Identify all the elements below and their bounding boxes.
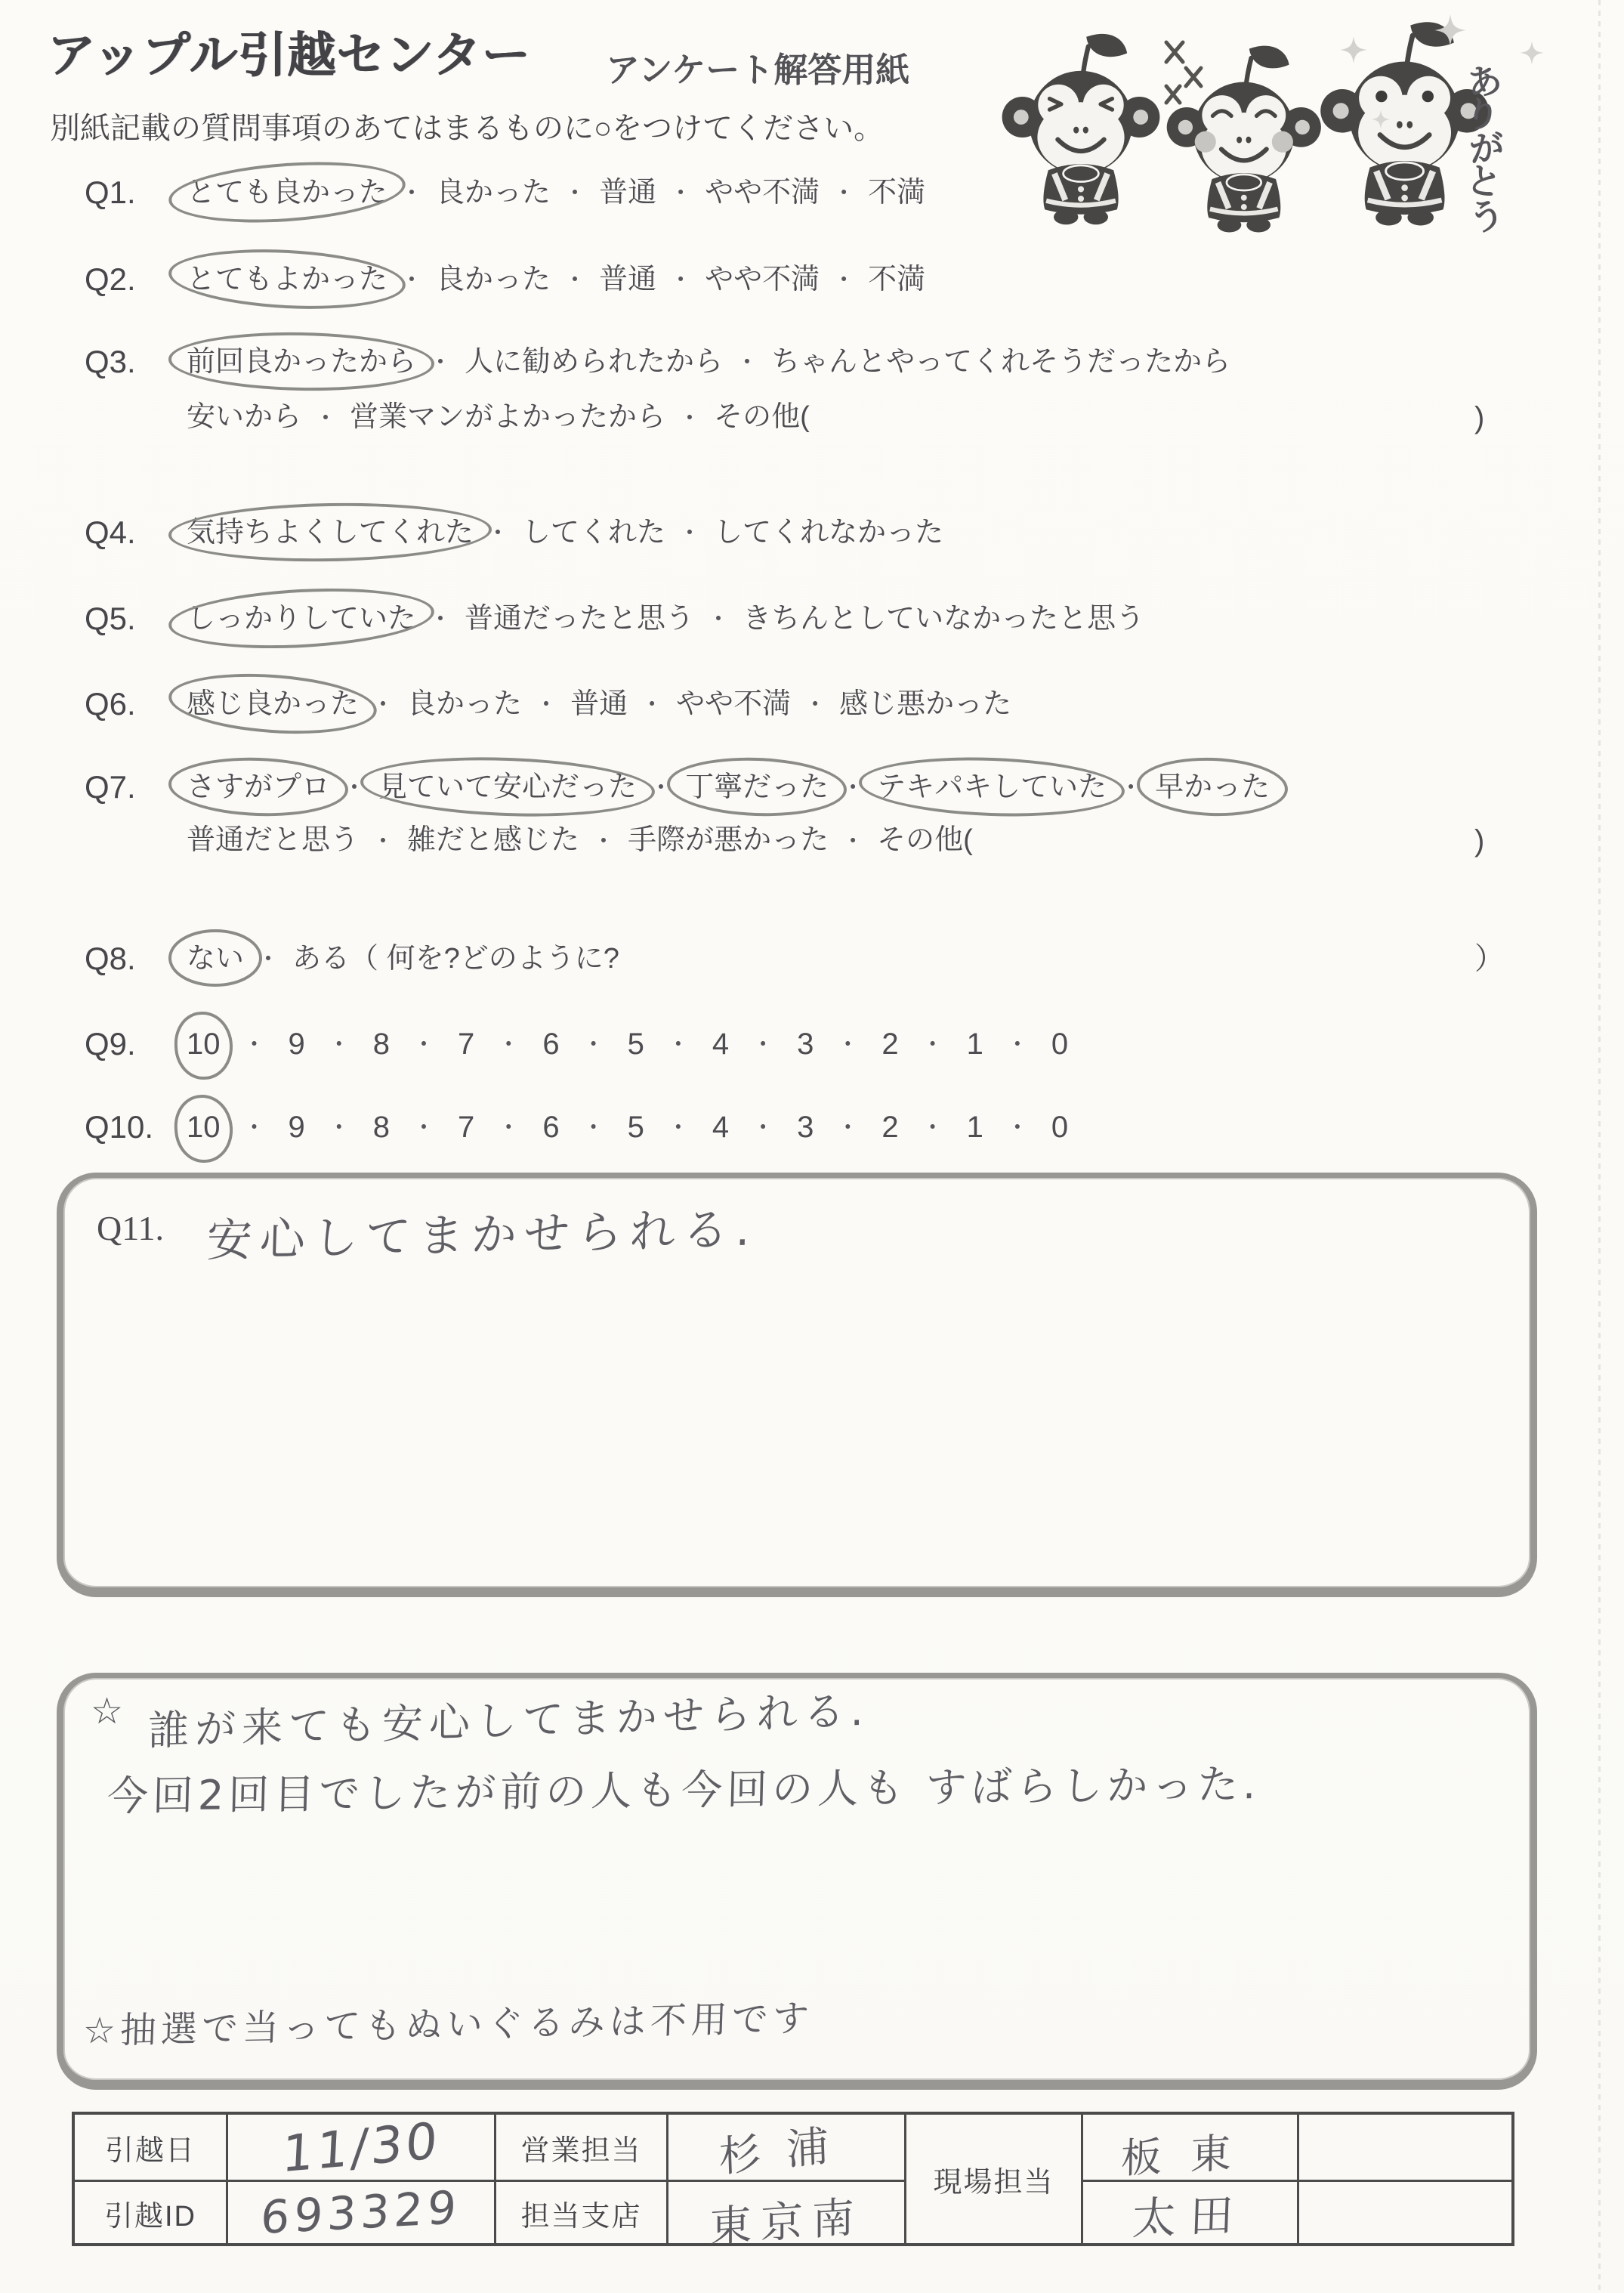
answer-option: 手際が悪かった	[626, 823, 830, 859]
sheet-title: アンケート解答用紙	[606, 42, 909, 91]
handwritten-value: 杉浦	[668, 2115, 906, 2182]
option-separator: ・	[1005, 1112, 1030, 1142]
handwritten-answer: 安心してまかせられる.	[206, 1193, 759, 1269]
answer-option: 前回良かったから	[185, 345, 418, 381]
answer-option: 7	[456, 1025, 476, 1063]
question-row: 安いから・営業マンがよかったから・その他()	[85, 400, 1520, 436]
answer-option: 8	[372, 1025, 391, 1063]
option-separator: ・	[668, 264, 693, 295]
option-separator: ・	[242, 1112, 267, 1142]
table-label: 現場担当	[906, 2115, 1083, 2244]
handwritten-circle-annotation	[167, 667, 379, 740]
question-row: Q3.前回良かったから・人に勧められたから・ちゃんとやってくれそうだったから	[85, 342, 1520, 382]
answer-option: とても良かった	[185, 175, 389, 212]
footer-table: 引越日 11/30 営業担当 杉浦 現場担当 板東 引越ID 693329 担当…	[72, 2112, 1514, 2246]
answer-option: 7	[456, 1108, 476, 1146]
question-label: Q4.	[85, 513, 185, 553]
option-separator: ・	[428, 347, 452, 377]
answer-option: 早かった	[1153, 770, 1271, 806]
handwritten-value: 東京南	[668, 2182, 906, 2244]
option-separator: ・	[591, 826, 616, 856]
answer-option: 8	[372, 1108, 391, 1146]
survey-sheet-scan: アップル引越センター アンケート解答用紙 別紙記載の質問事項のあてはまるものに○…	[0, 0, 1624, 2293]
option-separator: ・	[832, 264, 856, 295]
option-separator: ・	[371, 826, 395, 856]
question-row: Q4.気持ちよくしてくれた・してくれた・してくれなかった	[85, 513, 1520, 553]
comment-box-free: ☆ 誰が来ても安心してまかせられる. 今回2回目でしたが前の人も今回の人も すば…	[57, 1673, 1537, 2090]
handwritten-circle-annotation	[167, 243, 407, 314]
handwritten-circle-annotation	[666, 754, 848, 818]
table-label: 引越日	[75, 2115, 228, 2182]
answer-option: 5	[626, 1108, 646, 1146]
option-separator: ・	[832, 178, 856, 208]
answer-option: 普通	[597, 262, 658, 298]
answer-option: さすがプロ	[185, 770, 332, 806]
answer-option: ない	[185, 941, 245, 978]
question-label: Q5.	[85, 599, 185, 639]
question-row: Q9.10・9・8・7・6・5・4・3・2・1・0	[85, 1024, 1520, 1065]
option-separator: ・	[563, 264, 587, 295]
answer-option: 9	[287, 1108, 307, 1146]
answer-option: その他(	[712, 400, 811, 436]
option-separator: ・	[428, 604, 452, 634]
handwritten-value: 11/30	[228, 2115, 496, 2182]
close-paren: )	[1474, 822, 1484, 860]
question-row: Q10.10・9・8・7・6・5・4・3・2・1・0	[85, 1108, 1520, 1148]
table-empty-cell	[1299, 2182, 1514, 2244]
option-separator: ・	[640, 689, 664, 719]
answer-option: 普通	[597, 175, 658, 212]
star-icon: ☆	[91, 1690, 123, 1732]
answer-option: 0	[1050, 1025, 1070, 1063]
question-row: Q5.しっかりしていた・普通だったと思う・きちんとしていなかったと思う	[85, 599, 1520, 639]
answer-option: きちんとしていなかったと思う	[741, 601, 1146, 638]
handwritten-comment-line: 誰が来ても安心してまかせられる.	[148, 1679, 869, 1757]
handwritten-circle-annotation	[167, 582, 436, 654]
handwritten-circle-annotation	[360, 752, 656, 820]
table-label: 営業担当	[496, 2115, 668, 2182]
option-separator: ・	[666, 1112, 690, 1142]
instruction-text: 別紙記載の質問事項のあてはまるものに○をつけてください。	[50, 104, 884, 147]
question-label: Q10.	[85, 1108, 185, 1148]
option-separator: ・	[412, 1029, 436, 1059]
answer-option: 丁寧だった	[684, 770, 830, 806]
option-separator: ・	[327, 1029, 351, 1059]
option-separator: ・	[835, 1029, 860, 1059]
option-separator: ・	[706, 604, 730, 634]
option-separator: ・	[242, 1029, 267, 1059]
option-separator: ・	[666, 1029, 690, 1059]
option-separator: ・	[256, 944, 280, 974]
answer-option: 10	[185, 1108, 222, 1146]
answer-option: 良かった	[434, 262, 552, 298]
option-separator: ・	[803, 689, 827, 719]
answer-option: 1	[965, 1108, 985, 1146]
answer-option: 普通だったと思う	[463, 601, 696, 638]
handwritten-circle-annotation	[1136, 755, 1289, 817]
answer-option: しっかりしていた	[185, 601, 418, 638]
option-separator: ・	[496, 1112, 520, 1142]
answer-option: 0	[1050, 1108, 1070, 1146]
handwritten-circle-annotation	[168, 754, 350, 818]
handwritten-circle-annotation	[167, 155, 408, 229]
answer-option: してくれなかった	[712, 515, 945, 552]
question-label: Q9.	[85, 1024, 185, 1065]
answer-option: 不満	[866, 175, 927, 212]
question-row: Q6.感じ良かった・良かった・普通・やや不満・感じ悪かった	[85, 685, 1520, 725]
option-separator: ・	[486, 518, 510, 548]
option-separator: ・	[649, 772, 673, 802]
answer-option: 営業マンがよかったから	[348, 400, 667, 436]
answer-option: 良かった	[434, 175, 552, 212]
answer-option: 3	[795, 1025, 815, 1063]
option-separator: ・	[342, 772, 366, 802]
handwritten-value: 板東	[1083, 2115, 1299, 2182]
answer-option: 見ていて安心だった	[377, 770, 638, 806]
option-separator: ・	[400, 264, 424, 295]
option-separator: ・	[1119, 772, 1143, 802]
table-label: 担当支店	[496, 2182, 668, 2244]
handwritten-comment-line: 今回2回目でしたが前の人も今回の人も すばらしかった.	[107, 1752, 1261, 1822]
option-separator: ・	[841, 826, 865, 856]
answer-option: 感じ良かった	[185, 687, 360, 723]
scribble-marks-icon	[1166, 42, 1201, 103]
option-separator: ・	[327, 1112, 351, 1142]
option-separator: ・	[371, 689, 395, 719]
option-separator: ・	[678, 518, 702, 548]
option-separator: ・	[751, 1112, 775, 1142]
answer-option: やや不満	[703, 175, 821, 212]
q11-label: Q11.	[97, 1208, 164, 1248]
option-separator: ・	[835, 1112, 860, 1142]
option-separator: ・	[582, 1029, 606, 1059]
handwritten-circle-annotation	[168, 329, 434, 392]
answer-option: やや不満	[703, 262, 821, 298]
table-empty-cell	[1299, 2115, 1514, 2182]
handwritten-value: 太田	[1083, 2182, 1299, 2244]
answer-option: ちゃんとやってくれそうだったから	[770, 345, 1232, 381]
close-paren: )	[1474, 399, 1484, 437]
option-separator: ・	[678, 403, 702, 433]
question-label: Q1.	[85, 173, 185, 213]
answer-option: ある（ 何を?どのように?	[291, 941, 621, 978]
handwritten-circle-annotation	[168, 500, 492, 564]
close-paren: ）	[1474, 940, 1505, 978]
question-label: Q6.	[85, 685, 185, 725]
brand-title: アップル引越センター	[47, 17, 530, 86]
option-separator: ・	[921, 1112, 945, 1142]
option-separator: ・	[735, 347, 759, 377]
answer-option: 1	[965, 1025, 985, 1063]
answer-option: とてもよかった	[185, 262, 389, 298]
option-separator: ・	[921, 1029, 945, 1059]
answer-option: 普通	[569, 687, 629, 723]
option-separator: ・	[1005, 1029, 1030, 1059]
option-separator: ・	[751, 1029, 775, 1059]
answer-option: その他(	[875, 823, 974, 859]
question-row: Q1.とても良かった・良かった・普通・やや不満・不満	[85, 173, 1520, 213]
answer-option: 雑だと感じた	[406, 823, 581, 859]
answer-option: 9	[287, 1025, 307, 1063]
option-separator: ・	[496, 1029, 520, 1059]
question-row: Q7.さすがプロ・見ていて安心だった・丁寧だった・テキパキしていた・早かった	[85, 768, 1520, 808]
answer-option: 普通だと思う	[185, 823, 360, 859]
answer-option: 6	[541, 1025, 560, 1063]
option-separator: ・	[563, 178, 587, 208]
question-row: Q8.ない・ある（ 何を?どのように?）	[85, 939, 1520, 979]
sparkle-icon	[1340, 36, 1367, 63]
option-separator: ・	[841, 772, 865, 802]
option-separator: ・	[582, 1112, 606, 1142]
option-separator: ・	[313, 403, 338, 433]
option-separator: ・	[400, 178, 424, 208]
answer-option: 良かった	[406, 687, 523, 723]
answer-option: 4	[711, 1108, 730, 1146]
handwritten-value: 693329	[228, 2182, 496, 2244]
answer-option: やや不満	[675, 687, 792, 723]
question-label: Q3.	[85, 342, 185, 382]
sparkle-icon	[1520, 41, 1543, 64]
option-separator: ・	[412, 1112, 436, 1142]
question-row: Q2.とてもよかった・良かった・普通・やや不満・不満	[85, 260, 1520, 300]
answer-option: 2	[880, 1025, 900, 1063]
answer-option: 不満	[866, 262, 927, 298]
scan-edge-artifact	[1598, 0, 1601, 2293]
answer-option: 10	[185, 1025, 222, 1063]
answer-option: 6	[541, 1108, 560, 1146]
answer-option: テキパキしていた	[875, 770, 1108, 806]
answer-option: 人に勧められたから	[463, 345, 724, 381]
question-label: Q2.	[85, 260, 185, 300]
answer-option: してくれた	[520, 515, 667, 552]
answer-option: 4	[711, 1025, 730, 1063]
question-row: 普通だと思う・雑だと感じた・手際が悪かった・その他()	[85, 823, 1520, 859]
option-separator: ・	[534, 689, 558, 719]
answer-option: 安いから	[185, 400, 303, 436]
question-label: Q8.	[85, 939, 185, 979]
answer-option: 3	[795, 1108, 815, 1146]
handwritten-circle-annotation	[858, 752, 1125, 820]
answer-option: 気持ちよくしてくれた	[185, 515, 475, 552]
handwritten-note: ☆抽選で当ってもぬいぐるみは不用です	[82, 1989, 814, 2054]
table-label: 引越ID	[75, 2182, 228, 2244]
answer-option: 5	[626, 1025, 646, 1063]
option-separator: ・	[668, 178, 693, 208]
comment-box-q11: Q11. 安心してまかせられる.	[57, 1173, 1537, 1597]
answer-option: 感じ悪かった	[838, 687, 1013, 723]
answer-option: 2	[880, 1108, 900, 1146]
question-label: Q7.	[85, 768, 185, 808]
